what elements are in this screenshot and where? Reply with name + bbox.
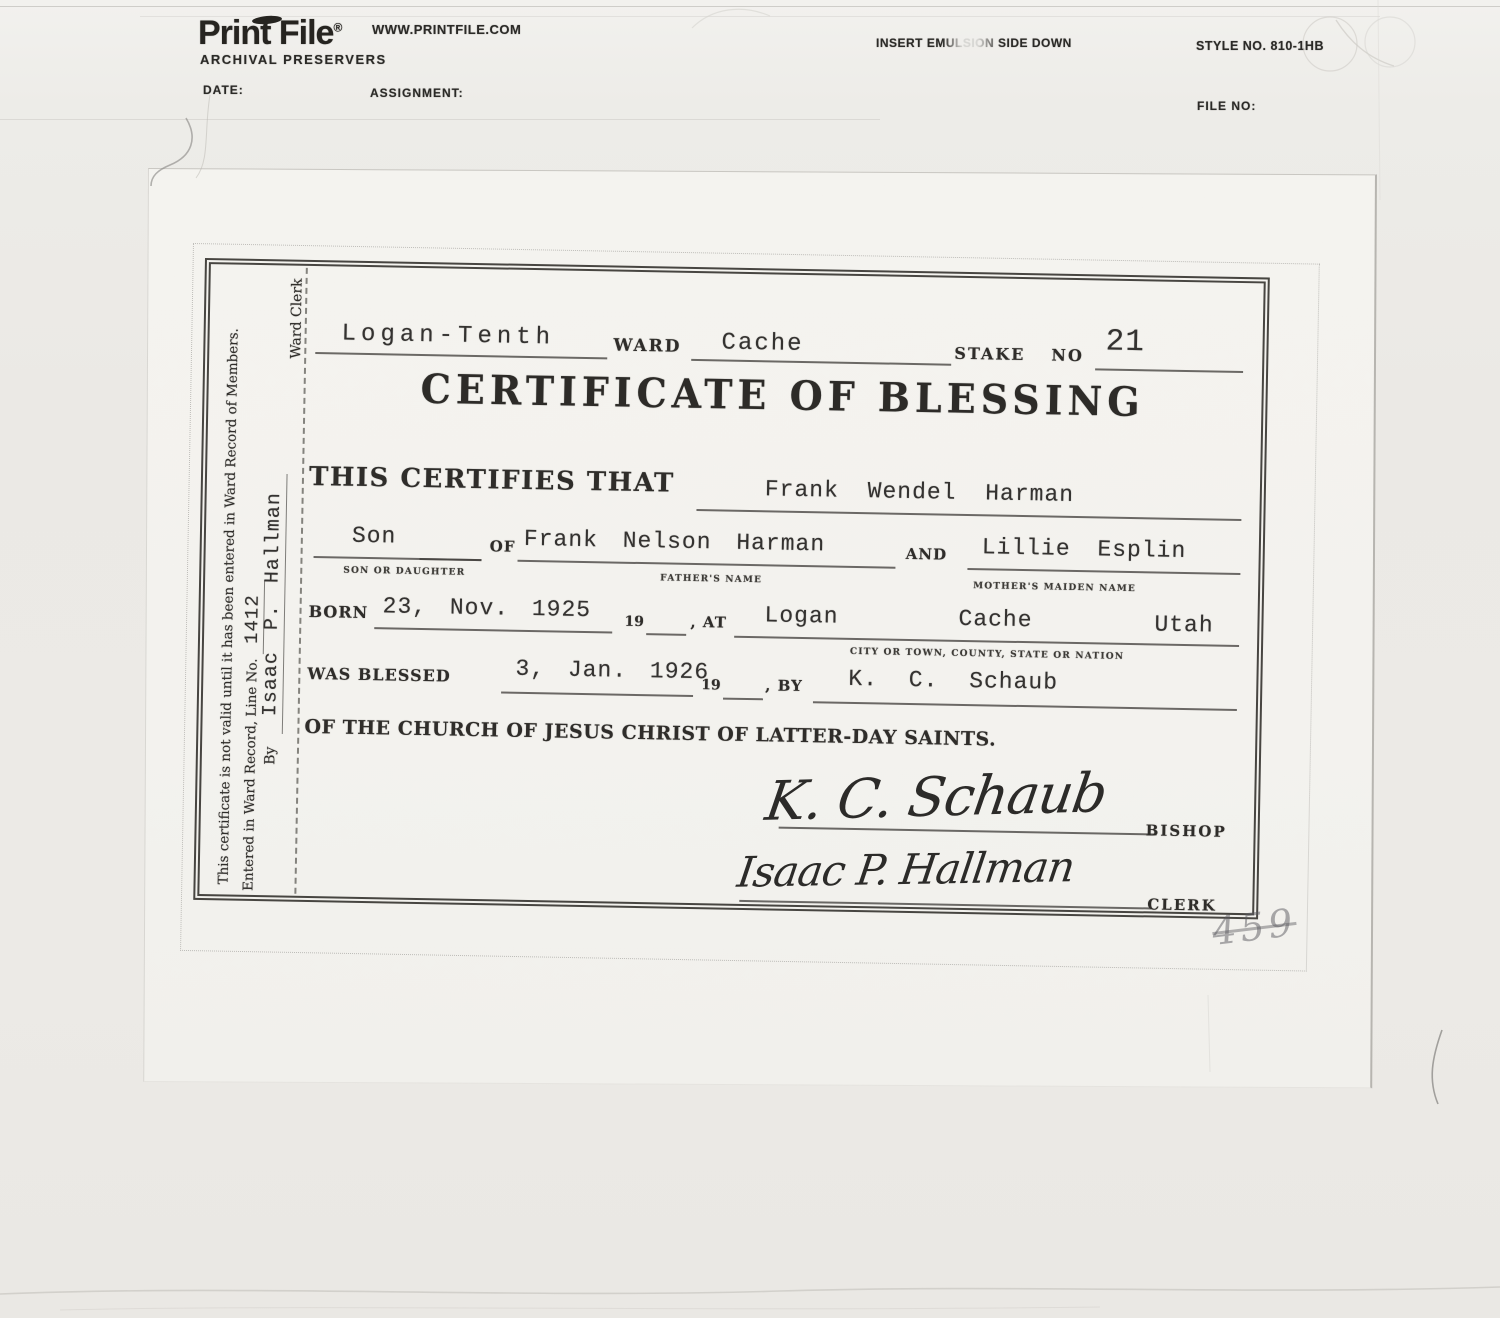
blessed-year-underline [723, 698, 763, 701]
bishop-label: BISHOP [1146, 821, 1227, 840]
sleeve-seam-line [0, 119, 880, 120]
born-label: BORN [308, 602, 368, 622]
side-strip-divider [294, 268, 307, 894]
blessed-by-label: , BY [765, 676, 803, 695]
born-date-underline [374, 627, 612, 633]
side-by-label: By [262, 746, 278, 764]
sleeve-seam-line [0, 6, 1500, 7]
certifies-label: THIS CERTIFIES THAT [309, 462, 675, 499]
blessed-label: WAS BLESSED [307, 664, 451, 686]
assignment-label: ASSIGNMENT: [370, 86, 464, 100]
side-by-line: By Isaac P. Hallman [258, 465, 286, 765]
file-no-label: FILE NO: [1197, 99, 1256, 113]
blessed-date-underline [501, 691, 693, 697]
side-entered-label: Entered in Ward Record, Line No. [240, 658, 260, 891]
date-label: DATE: [203, 83, 244, 97]
stake-no-value: 21 [1105, 325, 1145, 361]
clerk-signature: Isaac P. Hallman [734, 842, 1077, 897]
bishop-signature: K. C. Schaub [762, 761, 1111, 833]
printfile-website: WWW.PRINTFILE.COM [372, 22, 521, 37]
mother-sublabel: MOTHER'S MAIDEN NAME [973, 581, 1136, 594]
birth-county-value: Cache [958, 606, 1032, 633]
clerk-signature-underline [739, 900, 1151, 910]
certificate-title: CERTIFICATE OF BLESSING [420, 365, 1145, 426]
born-at-label: , AT [690, 613, 727, 632]
stake-no-underline [1095, 368, 1243, 373]
blessed-by-value: K. C. Schaub [848, 666, 1058, 696]
relation-underline-gap [420, 558, 482, 561]
father-underline [517, 560, 895, 569]
of-label: OF [490, 537, 516, 555]
stake-underline [691, 359, 951, 366]
ward-underline [315, 352, 607, 359]
bishop-signature-underline [779, 827, 1157, 836]
mother-underline [967, 568, 1240, 575]
born-year-underline [646, 633, 686, 636]
father-sublabel: FATHER'S NAME [660, 573, 762, 585]
side-by-value: Isaac P. Hallman [259, 474, 288, 734]
relation-value: Son [352, 523, 397, 550]
birthplace-sublabel: CITY OR TOWN, COUNTY, STATE OR NATION [850, 647, 1125, 662]
born-date-value: 23, Nov. 1925 [382, 593, 591, 623]
birth-city-value: Logan [764, 602, 838, 629]
certificate-of-blessing: This certificate is not valid until it h… [193, 258, 1270, 919]
stake-label: STAKE [954, 344, 1025, 364]
church-line: OF THE CHURCH OF JESUS CHRIST OF LATTER-… [304, 716, 996, 751]
printfile-tagline: ARCHIVAL PRESERVERS [200, 52, 387, 67]
relation-sublabel: SON OR DAUGHTER [343, 566, 465, 578]
scanned-archival-sleeve: Print File® ARCHIVAL PRESERVERS WWW.PRIN… [0, 0, 1500, 1318]
born-year-label: 19 [624, 614, 644, 630]
stake-value: Cache [721, 329, 803, 357]
name-underline [696, 509, 1241, 521]
ward-label: WARD [613, 336, 681, 357]
birth-state-value: Utah [1154, 611, 1214, 638]
emulsion-instruction: INSERT EMULSION SIDE DOWN [876, 36, 1072, 50]
registered-mark: ® [333, 21, 341, 35]
style-number: STYLE NO. 810-1HB [1196, 39, 1324, 53]
side-ward-clerk-label: Ward Clerk [288, 273, 306, 359]
and-label: AND [906, 545, 948, 564]
blessed-by-underline [813, 701, 1237, 711]
father-value: Frank Nelson Harman [524, 526, 826, 558]
mother-value: Lillie Esplin [982, 534, 1187, 564]
blessed-year-label: 19 [701, 677, 721, 693]
blessed-date-value: 3, Jan. 1926 [515, 656, 709, 686]
ward-value: Logan-Tenth [341, 321, 555, 352]
clerk-label: CLERK [1147, 895, 1217, 914]
name-value: Frank Wendel Harman [765, 476, 1075, 508]
no-label: NO [1051, 346, 1084, 366]
